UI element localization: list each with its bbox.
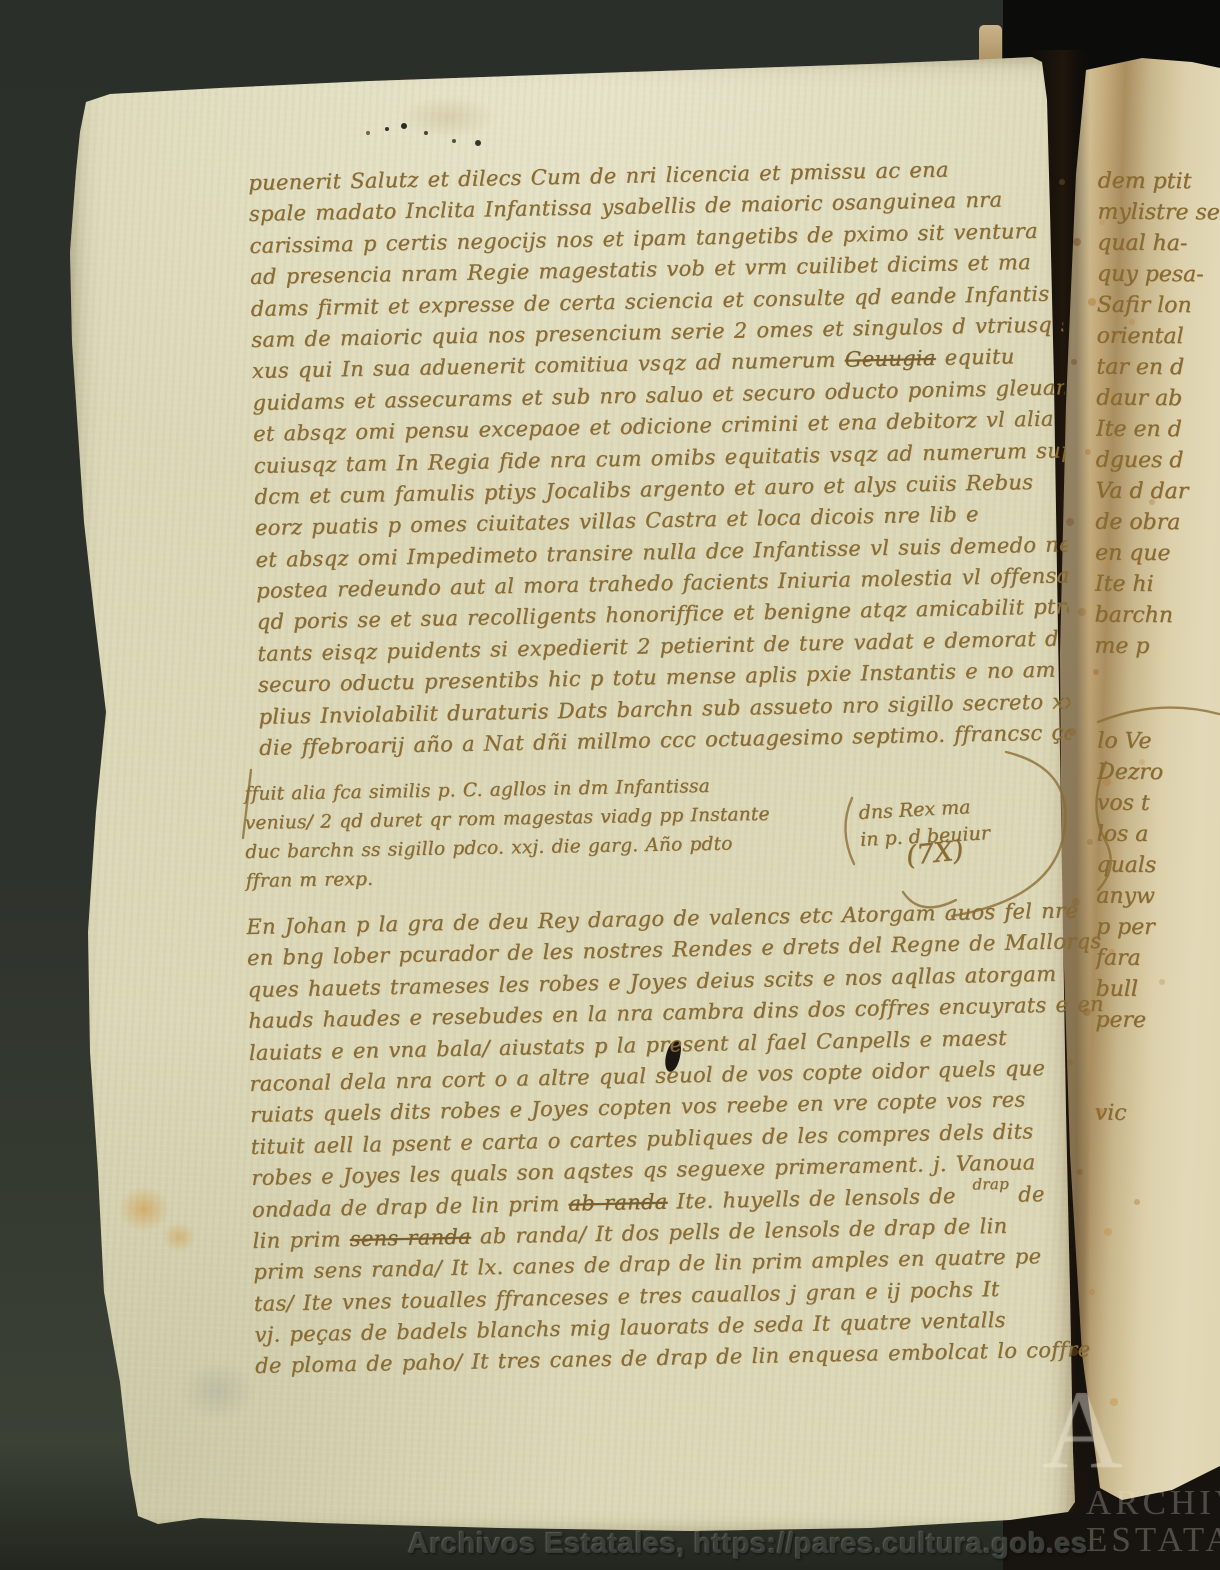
text-fragment: Va d dar [1095, 476, 1219, 508]
text-fragment: los a [1097, 819, 1220, 851]
text-fragment: mylistre ses [1097, 197, 1220, 229]
text-fragment: dgues d [1096, 445, 1220, 477]
text-fragment: p per [1096, 912, 1220, 944]
text-fragment: vos t [1097, 788, 1220, 820]
stain [180, 1360, 256, 1422]
text-fragment: lo Ve [1097, 726, 1220, 758]
manuscript-photo: dem ptitmylistre sesqual ha-quy pesa-Saf… [0, 0, 1220, 1570]
archive-logo-line2: ESTATALES [1086, 1521, 1220, 1558]
archive-logo-letter: A [1042, 1374, 1123, 1486]
text-fragment: dem ptit [1098, 166, 1220, 198]
registration-note: ffuit alia fca similis p. C. agllos in d… [244, 770, 846, 896]
text-fragment: Dezro [1097, 757, 1220, 789]
text-fragment: barchn [1094, 600, 1218, 632]
archive-logo: ARCHIVOS ESTATALES [1086, 1484, 1220, 1558]
text-fragment: daur ab [1096, 383, 1220, 415]
text-fragment: vic [1095, 1098, 1219, 1130]
catalan-paragraph: En Johan p la gra de deu Rey darago de v… [246, 895, 1111, 1383]
stain [118, 1186, 170, 1232]
right-page-text-bottom: lo VeDezrovos tlos aqualsanywp perfarabu… [1095, 726, 1220, 1130]
text-fragment: tar en d [1096, 352, 1220, 384]
text-fragment: qual ha- [1097, 228, 1220, 260]
right-page-text-top: dem ptitmylistre sesqual ha-quy pesa-Saf… [1094, 166, 1220, 663]
text-fragment [1095, 1067, 1219, 1099]
text-fragment: Ite hi [1095, 569, 1219, 601]
archive-logo-line1: ARCHIVOS [1086, 1484, 1220, 1521]
text-fragment: oriental [1096, 321, 1220, 353]
text-fragment: Ite en d [1096, 414, 1220, 446]
latin-paragraph: puenerit Salutz et dilecs Cum de nri lic… [248, 152, 1071, 764]
text-fragment: fara [1096, 943, 1220, 975]
text-fragment: pere [1095, 1005, 1219, 1037]
text-fragment: quy pesa- [1097, 259, 1220, 291]
watermark-url-line: Archivos Estatales, https://pares.cultur… [138, 1528, 1220, 1561]
text-fragment: de obra [1095, 507, 1219, 539]
text-fragment [1095, 1036, 1219, 1068]
text-fragment: anyw [1096, 881, 1220, 913]
text-fragment: quals [1096, 850, 1220, 882]
chancery-side-note: dns Rex main p. d beuiur [858, 793, 990, 854]
paper-specks [0, 0, 4, 4]
stain [162, 1222, 196, 1252]
text-fragment: bull [1095, 974, 1219, 1006]
text-fragment: me p [1094, 631, 1218, 663]
stain [400, 96, 496, 138]
text-fragment: Safir lon [1097, 290, 1220, 322]
text-fragment: en que [1095, 538, 1219, 570]
